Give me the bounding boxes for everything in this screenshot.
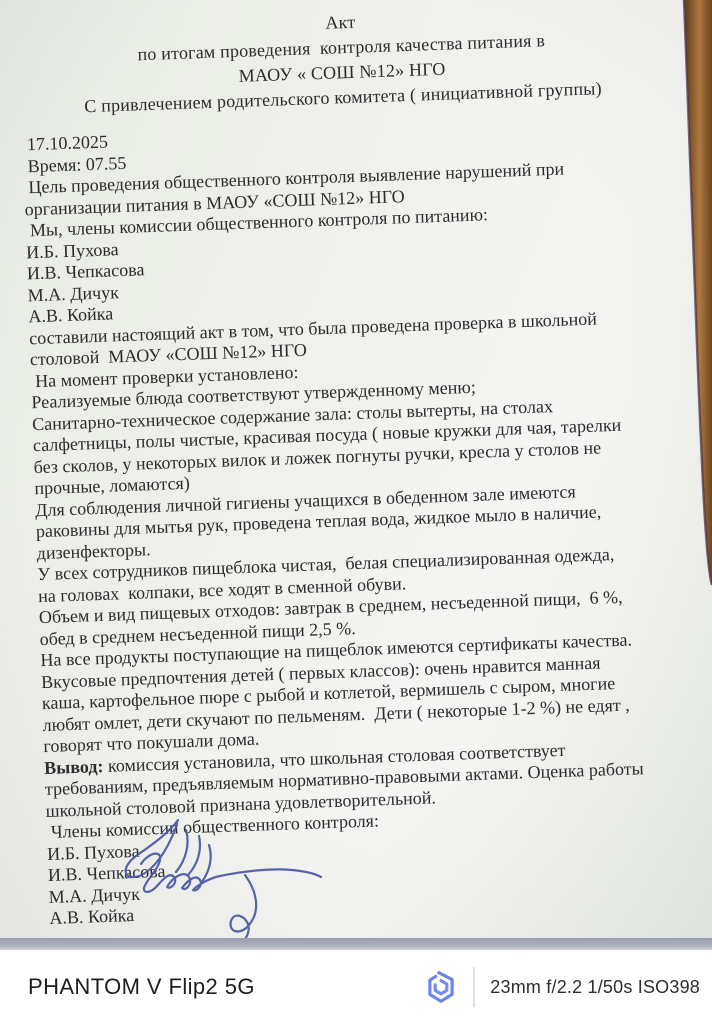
photo-bottom-edge bbox=[0, 938, 712, 950]
doc-body: 17.10.2025 Время: 07.55 Цель проведения … bbox=[0, 111, 712, 931]
exif-info: 23mm f/2.2 1/50s ISO398 bbox=[490, 977, 700, 998]
phantom-hexagon-logo-icon bbox=[424, 969, 458, 1005]
device-name-watermark: PHANTOM V Flip2 5G bbox=[28, 974, 255, 1000]
doc-title: Актпо итогам проведения контроля качеств… bbox=[0, 0, 699, 123]
watermark-bar: PHANTOM V Flip2 5G 23mm f/2.2 1/50s ISO3… bbox=[0, 950, 712, 1024]
document-page: Актпо итогам проведения контроля качеств… bbox=[0, 0, 712, 931]
watermark-divider bbox=[473, 967, 475, 1007]
document-photo: Актпо итогам проведения контроля качеств… bbox=[0, 0, 712, 940]
